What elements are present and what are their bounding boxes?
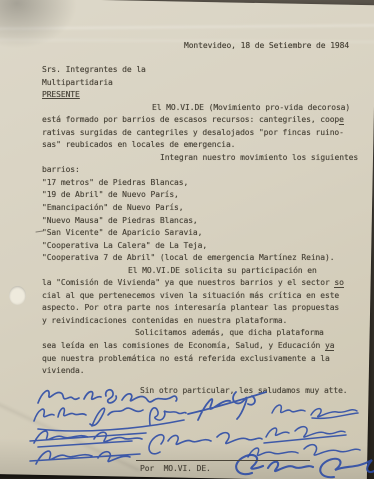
body-line: "19 de Abril" de Nuevo París,: [42, 189, 358, 202]
body-line: El MO.VI.DE (Movimiento pro-vida decoros…: [42, 102, 358, 115]
recipient-line: Multipartidaria: [42, 77, 358, 90]
body-line: la "Comisión de Vivienda" ya que nuestro…: [42, 277, 358, 290]
body-line: está formado por barrios de escasos recu…: [42, 114, 358, 127]
body-line: sea leída en las comisiones de Economía,…: [42, 340, 358, 353]
hole-punch: [9, 286, 26, 305]
signature-typed-label: Por MO.VI. DE.: [140, 464, 211, 473]
body-line: Solicitamos además, que dicha plataforma: [42, 327, 358, 340]
body-line: rativas surgidas de cantegriles y desalo…: [42, 127, 358, 140]
body-line: sas" reubicados en locales de emergencia…: [42, 139, 358, 152]
body-lines: El MO.VI.DE (Movimiento pro-vida decoros…: [42, 102, 358, 398]
body-line: "San Vicente" de Aparicio Saravia,: [42, 227, 358, 240]
body-line: aspecto. Por otra parte nos interesaría …: [42, 302, 358, 315]
body-line: Sin otro particular, les saludamos muy a…: [42, 385, 358, 398]
continuation-underline: so: [334, 278, 343, 288]
recipient-line: Srs. Integrantes de la: [42, 64, 358, 77]
paper-crease: [0, 24, 374, 30]
paper-crease: [0, 389, 140, 471]
body-line: cial al que pertenecemos viven la situac…: [42, 290, 358, 303]
signature-rule: [136, 460, 310, 461]
body-line: "Emancipación" de Nuevo París,: [42, 202, 358, 215]
body-line: y reivindicaciones contenidas en nuestra…: [42, 315, 358, 328]
continuation-underline: ya: [325, 341, 334, 351]
salutation: PRESENTE: [42, 89, 358, 102]
recipient-lines: Srs. Integrantes de laMultipartidaria: [42, 64, 358, 89]
body-line: Integran nuestro movimiento los siguient…: [42, 152, 358, 165]
scanned-letter-page: Montevideo, 18 de Setiembre de 1984 Srs.…: [0, 0, 374, 479]
body-line: El MO.VI.DE solicita su participación en: [42, 265, 358, 278]
body-line: "Cooperativa 7 de Abril" (local de emerg…: [42, 252, 358, 265]
body-line: "Nuevo Mausa" de Piedras Blancas,: [42, 215, 358, 228]
body-line: barrios:: [42, 164, 358, 177]
body-line: "Cooperativa La Calera" de La Teja,: [42, 240, 358, 253]
body-line: "17 metros" de Piedras Blancas,: [42, 177, 358, 190]
date-line: Montevideo, 18 de Setiembre de 1984: [184, 41, 349, 50]
body-line: que nuestra problemática no está referid…: [42, 353, 358, 366]
corner-shadow: [0, 0, 78, 50]
body-line: vivienda.: [42, 365, 358, 378]
continuation-underline: e: [339, 115, 344, 125]
letter-body: Srs. Integrantes de laMultipartidaria PR…: [42, 64, 358, 397]
